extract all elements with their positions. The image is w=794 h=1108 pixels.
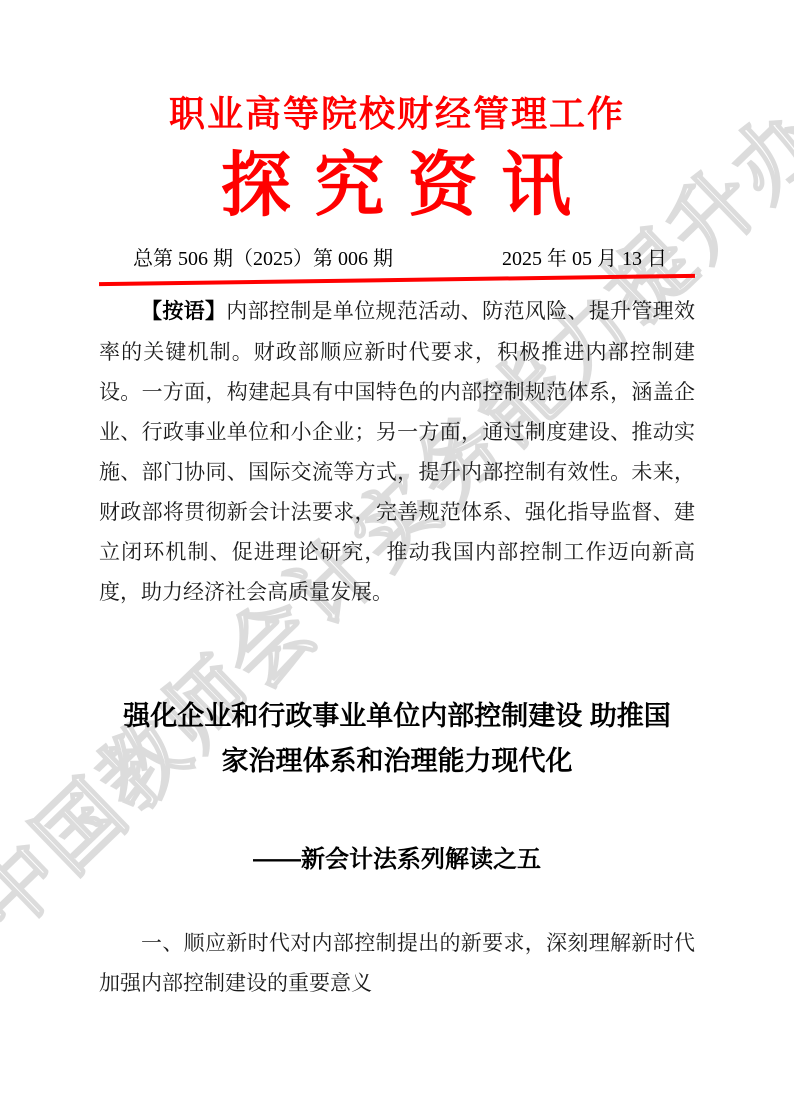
section-heading: 一、顺应新时代对内部控制提出的新要求，深刻理解新时代加强内部控制建设的重要意义 [99,923,695,1003]
masthead-supertitle: 职业高等院校财经管理工作 [99,0,695,135]
page-content: 职业高等院校财经管理工作 探 究 资 讯 总第 506 期（2025）第 006… [0,0,794,1003]
red-divider-line [99,274,695,286]
article-subtitle: ——新会计法系列解读之五 [99,839,695,874]
issue-info-row: 总第 506 期（2025）第 006 期 2025 年 05 月 13 日 [99,242,695,271]
editor-note-label: 【按语】 [141,300,226,323]
article-title: 强化企业和行政事业单位内部控制建设 助推国 家治理体系和治理能力现代化 [118,694,676,784]
newsletter-page: 中国教师会计实务能力提升办 职业高等院校财经管理工作 探 究 资 讯 总第 50… [0,0,794,1108]
issue-number: 总第 506 期（2025）第 006 期 [133,242,393,271]
issue-date: 2025 年 05 月 13 日 [502,242,667,271]
article-title-line-2: 家治理体系和治理能力现代化 [118,739,676,784]
editor-note-paragraph: 【按语】内部控制是单位规范活动、防范风险、提升管理效率的关键机制。财政部顺应新时… [99,291,695,612]
article-title-line-1: 强化企业和行政事业单位内部控制建设 助推国 [118,694,676,739]
masthead-title: 探 究 资 讯 [99,147,695,224]
editor-note-body: 内部控制是单位规范活动、防范风险、提升管理效率的关键机制。财政部顺应新时代要求，… [99,299,695,604]
